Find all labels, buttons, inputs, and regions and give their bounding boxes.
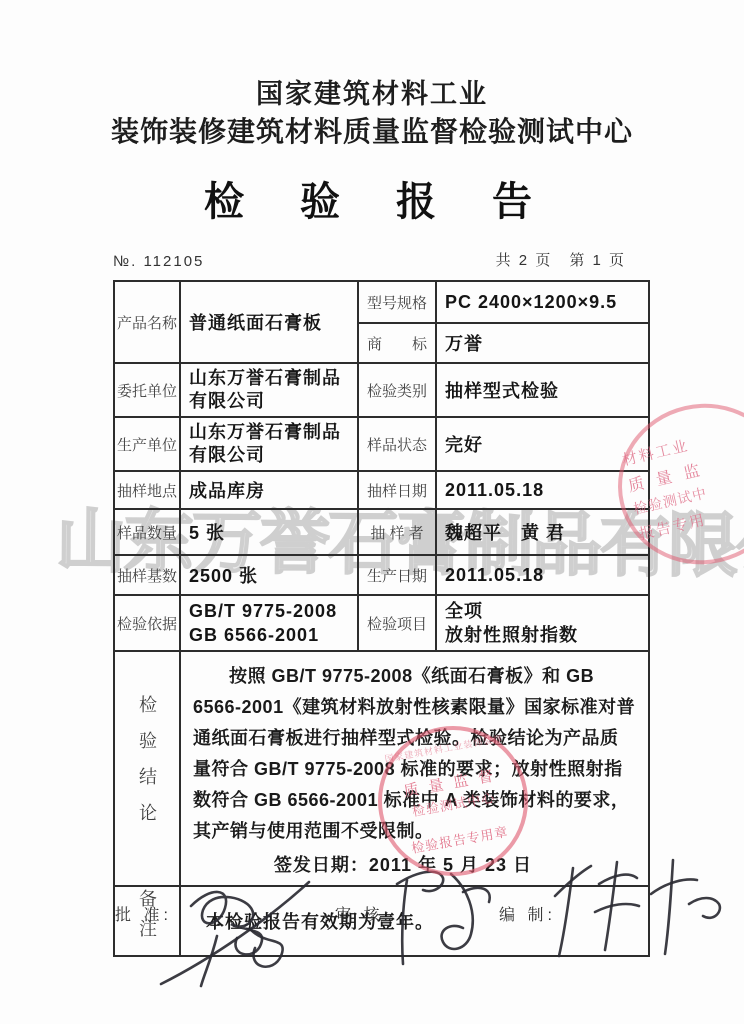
sampling-place-label: 抽样地点 — [114, 471, 180, 509]
items-line2: 放射性照射指数 — [445, 623, 640, 647]
sampler-value: 魏超平 黄 君 — [436, 509, 649, 555]
sampling-base-label: 抽样基数 — [114, 555, 180, 595]
inspection-report-page: 山东万誉石膏制品有限公司 国家建筑材料工业 装饰装修建筑材料质量监督检验测试中心… — [0, 0, 744, 1024]
sampling-place-value: 成品库房 — [180, 471, 358, 509]
items-label: 检验项目 — [358, 595, 436, 651]
pagination: 共 2 页 第 1 页 — [496, 249, 648, 270]
approver-signature — [151, 872, 331, 992]
model-spec-value: PC 2400×1200×9.5 — [436, 281, 649, 323]
manufacturer-label: 生产单位 — [114, 417, 180, 471]
basis-line2: GB 6566-2001 — [189, 623, 349, 647]
meta-row: №. 112105 共 2 页 第 1 页 — [113, 249, 648, 270]
items-value: 全项 放射性照射指数 — [436, 595, 649, 651]
org-name-line1: 国家建筑材料工业 — [0, 72, 744, 111]
preparer-signature — [543, 852, 733, 972]
report-number-label: №. — [113, 253, 137, 270]
report-title: 检 验 报 告 — [0, 170, 744, 227]
org-name-line2: 装饰装修建筑材料质量监督检验测试中心 — [0, 110, 744, 150]
review-label: 审 核: — [335, 902, 392, 925]
inspection-type-label: 检验类别 — [358, 363, 436, 417]
table-row: 委托单位 山东万誉石膏制品有限公司 检验类别 抽样型式检验 — [114, 363, 649, 417]
product-name-label: 产品名称 — [114, 281, 180, 363]
conclusion-label: 检验结论 — [134, 695, 160, 839]
basis-label: 检验依据 — [114, 595, 180, 651]
sample-qty-value: 5 张 — [180, 509, 358, 555]
basis-line1: GB/T 9775-2008 — [189, 599, 349, 623]
trademark-value: 万誉 — [436, 323, 649, 363]
conclusion-label-cell: 检验结论 — [114, 651, 180, 886]
table-row: 抽样地点 成品库房 抽样日期 2011.05.18 — [114, 471, 649, 509]
client-label: 委托单位 — [114, 363, 180, 417]
items-line1: 全项 — [445, 599, 640, 623]
table-row: 产品名称 普通纸面石膏板 型号规格 PC 2400×1200×9.5 — [114, 281, 649, 323]
production-date-label: 生产日期 — [358, 555, 436, 595]
report-number-value: 112105 — [143, 253, 204, 270]
product-name-value: 普通纸面石膏板 — [180, 281, 358, 363]
sample-qty-label: 样品数量 — [114, 509, 180, 555]
client-value: 山东万誉石膏制品有限公司 — [180, 363, 358, 417]
model-spec-label: 型号规格 — [358, 281, 436, 323]
table-row: 检验依据 GB/T 9775-2008 GB 6566-2001 检验项目 全项… — [114, 595, 649, 651]
inspection-type-value: 抽样型式检验 — [436, 363, 649, 417]
sampler-label: 抽 样 者 — [358, 509, 436, 555]
basis-value: GB/T 9775-2008 GB 6566-2001 — [180, 595, 358, 651]
signature-row: 批 准: 审 核: 编 制: — [113, 890, 713, 1010]
report-number: №. 112105 — [113, 253, 204, 270]
sampling-date-label: 抽样日期 — [358, 471, 436, 509]
sampling-base-value: 2500 张 — [180, 555, 358, 595]
manufacturer-value: 山东万誉石膏制品有限公司 — [180, 417, 358, 471]
table-row: 抽样基数 2500 张 生产日期 2011.05.18 — [114, 555, 649, 595]
trademark-label: 商 标 — [358, 323, 436, 363]
production-date-value: 2011.05.18 — [436, 555, 649, 595]
table-row: 生产单位 山东万誉石膏制品有限公司 样品状态 完好 — [114, 417, 649, 471]
inspection-seal-stamp: 国家建筑材料工业装饰装修 质 量 监 督 检验测试中心 检验报告专用章 — [366, 714, 540, 888]
table-row: 样品数量 5 张 抽 样 者 魏超平 黄 君 — [114, 509, 649, 555]
sample-state-label: 样品状态 — [358, 417, 436, 471]
